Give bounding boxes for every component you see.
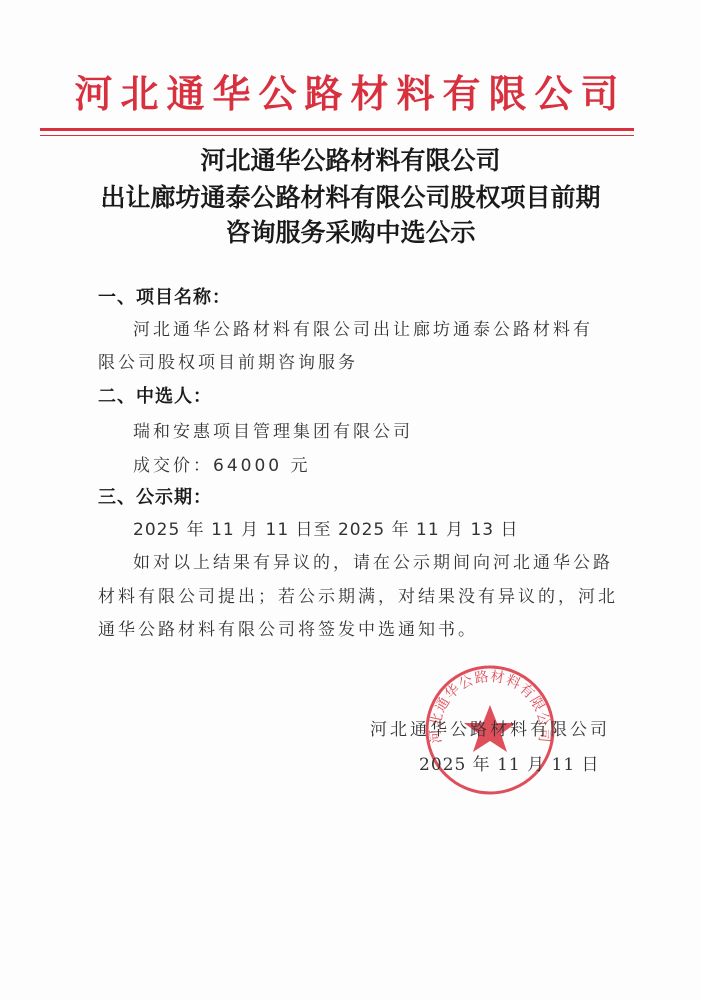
project-name-line2: 限公司股权项目前期咨询服务	[98, 351, 358, 375]
project-name-line1: 河北通华公路材料有限公司出让廊坊通泰公路材料有	[133, 318, 593, 342]
winner-name: 瑞和安惠项目管理集团有限公司	[133, 420, 413, 444]
signature-company: 河北通华公路材料有限公司	[370, 718, 610, 742]
letterhead-title: 河北通华公路材料有限公司	[0, 72, 701, 116]
letterhead-rule-thick	[40, 128, 634, 131]
objection-text-line1: 如对以上结果有异议的，请在公示期间向河北通华公路	[133, 551, 613, 575]
document-title-line3: 咨询服务采购中选公示	[0, 215, 701, 251]
section-heading-project-name: 一、项目名称：	[98, 286, 231, 310]
objection-text-line2: 材料有限公司提出；若公示期满，对结果没有异议的，河北	[98, 585, 618, 609]
section-heading-winner: 二、中选人：	[98, 385, 212, 409]
transaction-price: 成交价：64000 元	[133, 454, 310, 478]
document-title-line1: 河北通华公路材料有限公司	[0, 143, 701, 179]
section-heading-publicity-period: 三、公示期：	[98, 486, 212, 510]
letterhead-rule-thin	[40, 135, 634, 136]
objection-text-line3: 通华公路材料有限公司将签发中选通知书。	[98, 618, 478, 642]
publicity-period-dates: 2025 年 11 月 11 日至 2025 年 11 月 13 日	[133, 518, 519, 542]
document-title-line2: 出让廊坊通泰公路材料有限公司股权项目前期	[0, 180, 701, 216]
signature-date: 2025 年 11 月 11 日	[419, 753, 600, 777]
